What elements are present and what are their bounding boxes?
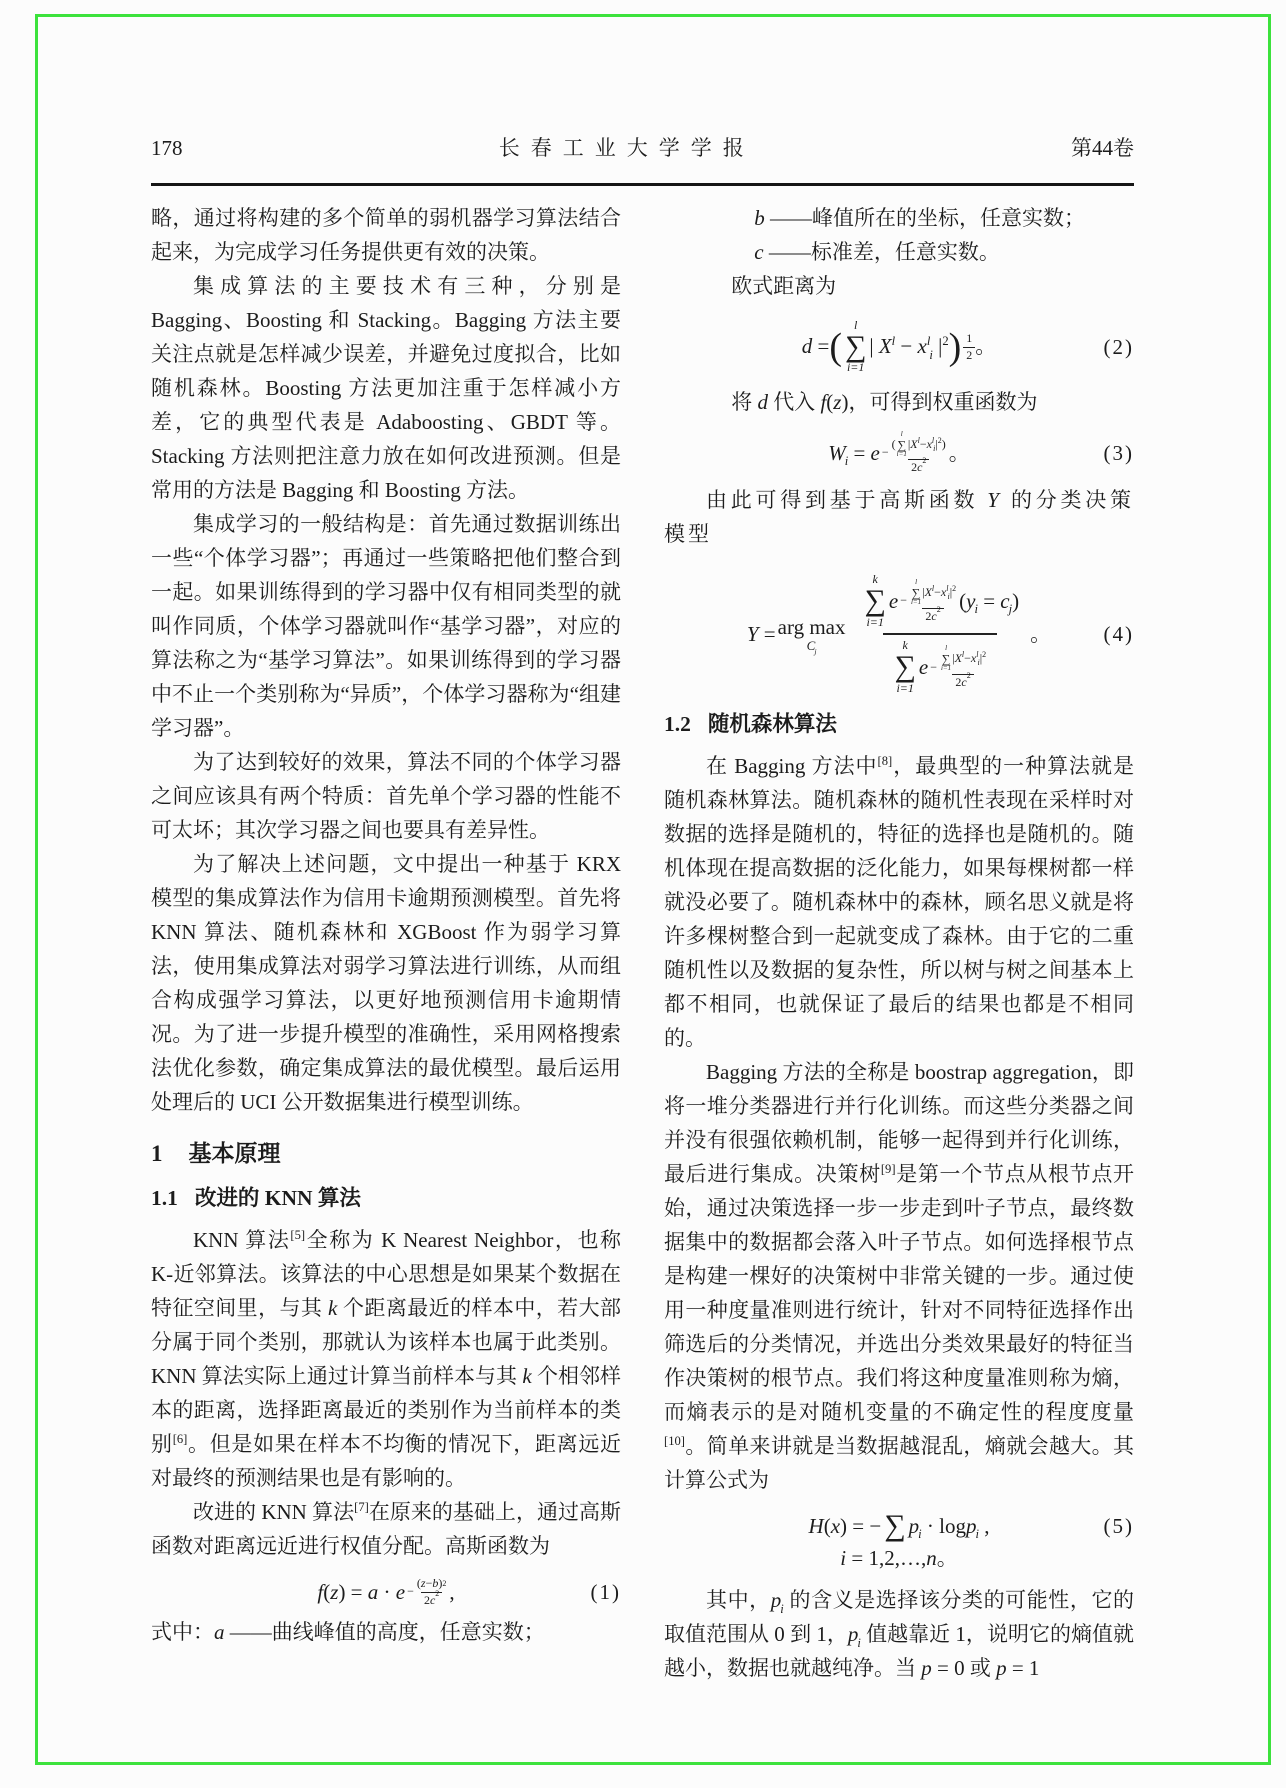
page-header: 178 长春工业大学学报 第44卷 <box>151 132 1134 162</box>
formula-5-lhs: H(x) = − <box>809 1514 882 1539</box>
exponent-fraction: 12 <box>963 332 975 363</box>
big-fraction: k∑i=1e−l∑l=1|Xl−xli|22c2 (yi = cj)k∑i=1e… <box>853 569 1027 699</box>
formula-1-tail: , <box>449 1580 454 1605</box>
formula-5-number: (5) <box>1104 1509 1135 1543</box>
exponent: −l∑l=1|Xl−xli|22c2 <box>900 579 959 623</box>
sigma-icon: ∑ <box>894 653 915 682</box>
paragraph-bagging-fullname: Bagging 方法的全称是 boostrap aggregation，即将一堆… <box>664 1055 1134 1497</box>
exponent-fraction: (z−b)22c2 <box>414 1577 449 1608</box>
paragraph-ensemble-structure: 集成学习的一般结构是：首先通过数据训练出一些“个体学习器”；再通过一些策略把他们… <box>151 507 621 745</box>
section-heading-1-1: 1.1 改进的 KNN 算法 <box>151 1185 621 1213</box>
formula-5-expression: H(x) = − ∑pi · logpi , <box>809 1511 990 1541</box>
argmax-label: arg max <box>778 615 846 639</box>
sum-lower-limit: l=1 <box>897 451 907 459</box>
big-fraction-numerator: k∑i=1e−l∑l=1|Xl−xli|22c2 (yi = cj) <box>853 569 1027 633</box>
right-column: b ——峰值所在的坐标，任意实数； c ——标准差，任意实数。 欧式距离为 d … <box>664 201 1134 1685</box>
paragraph-ensemble-techniques: 集成算法的主要技术有三种，分别是 Bagging、Boosting 和 Stac… <box>151 269 621 507</box>
lead-weight-function: 将 d 代入 f(z)，可得到权重函数为 <box>664 385 1134 419</box>
definition-b: b ——峰值所在的坐标，任意实数； <box>664 201 1134 235</box>
formula-1-number: (1) <box>591 1575 622 1609</box>
formula-1-expression: f(z) = a · e−(z−b)22c2, <box>317 1577 454 1608</box>
sigma-icon: ∑ <box>897 439 906 451</box>
fraction-denominator: 2c2 <box>908 459 929 475</box>
formula-1: f(z) = a · e−(z−b)22c2, (1) <box>151 1577 621 1608</box>
formula-5-body: pi · logpi , <box>909 1514 990 1539</box>
minus-sign: − <box>407 1585 414 1599</box>
exponent: 12 <box>963 332 975 363</box>
formula-2-lhs: d = <box>802 334 830 359</box>
fraction-denominator: 2c2 <box>952 674 973 690</box>
euler-e: e <box>919 655 928 680</box>
minus-sign: − <box>900 594 907 608</box>
formula-2-tail: 。 <box>975 334 996 359</box>
fraction-denominator: 2 <box>963 347 975 363</box>
paragraph-improved-knn: 改进的 KNN 算法[7]在原来的基础上，通过高斯函数对距离远近进行权值分配。高… <box>151 1495 621 1563</box>
fraction-numerator: l∑l=1|Xl−xli|2 <box>907 579 959 607</box>
paragraph-krx-model: 为了解决上述问题，文中提出一种基于 KRX 模型的集成算法作为信用卡逾期预测模型… <box>151 847 621 1119</box>
journal-title: 长春工业大学学报 <box>499 132 755 162</box>
exponent: −l∑i=1|Xl−xli|22c2 <box>930 645 989 689</box>
sigma-icon: ∑ <box>864 587 885 616</box>
subsection-number: 1.2 <box>664 711 691 739</box>
formula-3: Wi = e−(l∑l=1|Xl−xli|2)2c2。 (3) <box>664 431 1134 475</box>
formula-4: Y = arg maxCjk∑i=1e−l∑l=1|Xl−xli|22c2 (y… <box>664 569 1134 699</box>
fraction-denominator: 2c2 <box>421 1592 442 1608</box>
summation: l∑i=1 <box>941 645 951 672</box>
formula-2-number: (2) <box>1104 330 1135 364</box>
page-number: 178 <box>151 136 183 161</box>
minus-sign: − <box>882 446 889 460</box>
section-number: 1 <box>151 1139 163 1169</box>
numerator-run: |Xl−xli|2) <box>908 438 946 452</box>
subsection-title: 改进的 KNN 算法 <box>195 1185 361 1213</box>
minus-sign: − <box>930 661 937 675</box>
summation: l∑i=1 <box>845 319 866 375</box>
fraction-denominator: 2c2 <box>922 608 943 624</box>
formula-3-lhs: Wi = e <box>828 441 880 466</box>
exponent-fraction: l∑i=1|Xl−xli|22c2 <box>937 645 989 689</box>
right-paren: ) <box>949 328 962 366</box>
sigma-icon: ∑ <box>884 1511 905 1541</box>
sigma-icon: ∑ <box>845 333 866 362</box>
formula-3-expression: Wi = e−(l∑l=1|Xl−xli|2)2c2。 <box>828 431 970 475</box>
section-heading-1-2: 1.2 随机森林算法 <box>664 711 1134 739</box>
journal-page: { "page": { "background": "#fcfcfc", "bo… <box>0 0 1286 1788</box>
exponent-fraction: l∑l=1|Xl−xli|22c2 <box>907 579 959 623</box>
exponent-fraction: (l∑l=1|Xl−xli|2)2c2 <box>889 431 949 475</box>
summation: l∑l=1 <box>911 579 921 606</box>
fraction-numerator: l∑i=1|Xl−xli|2 <box>937 645 989 673</box>
definition-c: c ——标准差，任意实数。 <box>664 235 1134 269</box>
formula-2: d = (l∑i=1 | Xl − xli |2 )12。 (2) <box>664 319 1134 375</box>
left-paren: ( <box>829 328 842 366</box>
left-paren: ( <box>892 438 896 452</box>
subsection-number: 1.1 <box>151 1185 178 1213</box>
formula-4-lhs: Y = <box>747 622 776 647</box>
formula-2-body: | Xl − xli |2 <box>869 334 948 359</box>
section-heading-1: 1 基本原理 <box>151 1139 621 1169</box>
subsection-title: 随机森林算法 <box>708 711 837 739</box>
lead-euclidean-distance: 欧式距离为 <box>664 269 1134 303</box>
formula-4-expression: Y = arg maxCjk∑i=1e−l∑l=1|Xl−xli|22c2 (y… <box>747 569 1051 699</box>
numerator-run: |Xl−xli|2 <box>952 652 986 666</box>
paragraph-decision-model: 由此可得到基于高斯函数 Y 的分类决策模型 <box>664 483 1134 551</box>
sum-lower-limit: i=1 <box>896 682 913 696</box>
formula-2-expression: d = (l∑i=1 | Xl − xli |2 )12。 <box>802 319 997 375</box>
sum-lower-limit: i=1 <box>866 616 883 630</box>
sum-lower-limit: i=1 <box>941 665 951 673</box>
formula-3-tail: 。 <box>949 441 970 466</box>
section-title: 基本原理 <box>189 1139 281 1169</box>
numerator-run: |Xl−xli|2 <box>922 586 956 600</box>
formula-3-number: (3) <box>1104 436 1135 470</box>
paragraph-continuation: 略，通过将构建的多个简单的弱机器学习算法结合起来，为完成学习任务提供更有效的决策… <box>151 201 621 269</box>
formula-5-index-line: i = 1,2,…,n。 <box>664 1543 1134 1573</box>
volume-label: 第44卷 <box>1071 132 1134 162</box>
summation: k∑i=1 <box>894 639 915 695</box>
formula-1-lhs: f(z) = a · e <box>317 1580 405 1605</box>
paragraph-pi-meaning: 其中，pi 的含义是选择该分类的可能性，它的取值范围从 0 到 1，pi 值越靠… <box>664 1583 1134 1685</box>
exponent: −(l∑l=1|Xl−xli|2)2c2 <box>882 431 949 475</box>
paragraph-two-traits: 为了达到较好的效果，算法不同的个体学习器之间应该具有两个特质：首先单个学习器的性… <box>151 745 621 847</box>
condition-term: (yi = cj) <box>959 589 1019 614</box>
big-fraction-denominator: k∑i=1e−l∑i=1|Xl−xli|22c2 <box>883 633 997 699</box>
paragraph-where-a: 式中：a ——曲线峰值的高度，任意实数； <box>151 1615 621 1649</box>
summation: k∑i=1 <box>864 573 885 629</box>
euler-e: e <box>889 589 898 614</box>
summation: l∑l=1 <box>897 431 907 458</box>
paragraph-random-forest: 在 Bagging 方法中[8]，最典型的一种算法就是随机森林算法。随机森林的随… <box>664 749 1134 1055</box>
header-rule <box>151 183 1134 186</box>
argmax-operator: arg maxCj <box>778 615 846 654</box>
fraction-numerator: 1 <box>963 332 975 347</box>
sum-lower-limit: i=1 <box>847 361 864 375</box>
paragraph-knn-intro: KNN 算法[5]全称为 K Nearest Neighbor，也称 K-近邻算… <box>151 1223 621 1495</box>
argmax-subscript: Cj <box>807 639 817 654</box>
formula-5: H(x) = − ∑pi · logpi , (5) <box>664 1511 1134 1541</box>
fraction-numerator: (l∑l=1|Xl−xli|2) <box>889 431 949 459</box>
exponent: −(z−b)22c2 <box>407 1577 449 1608</box>
left-column: 略，通过将构建的多个简单的弱机器学习算法结合起来，为完成学习任务提供更有效的决策… <box>151 201 621 1649</box>
sum-lower-limit: l=1 <box>911 599 921 607</box>
formula-4-tail: 。 <box>1030 622 1051 647</box>
formula-4-number: (4) <box>1104 617 1135 651</box>
fraction-numerator: (z−b)2 <box>414 1577 449 1592</box>
